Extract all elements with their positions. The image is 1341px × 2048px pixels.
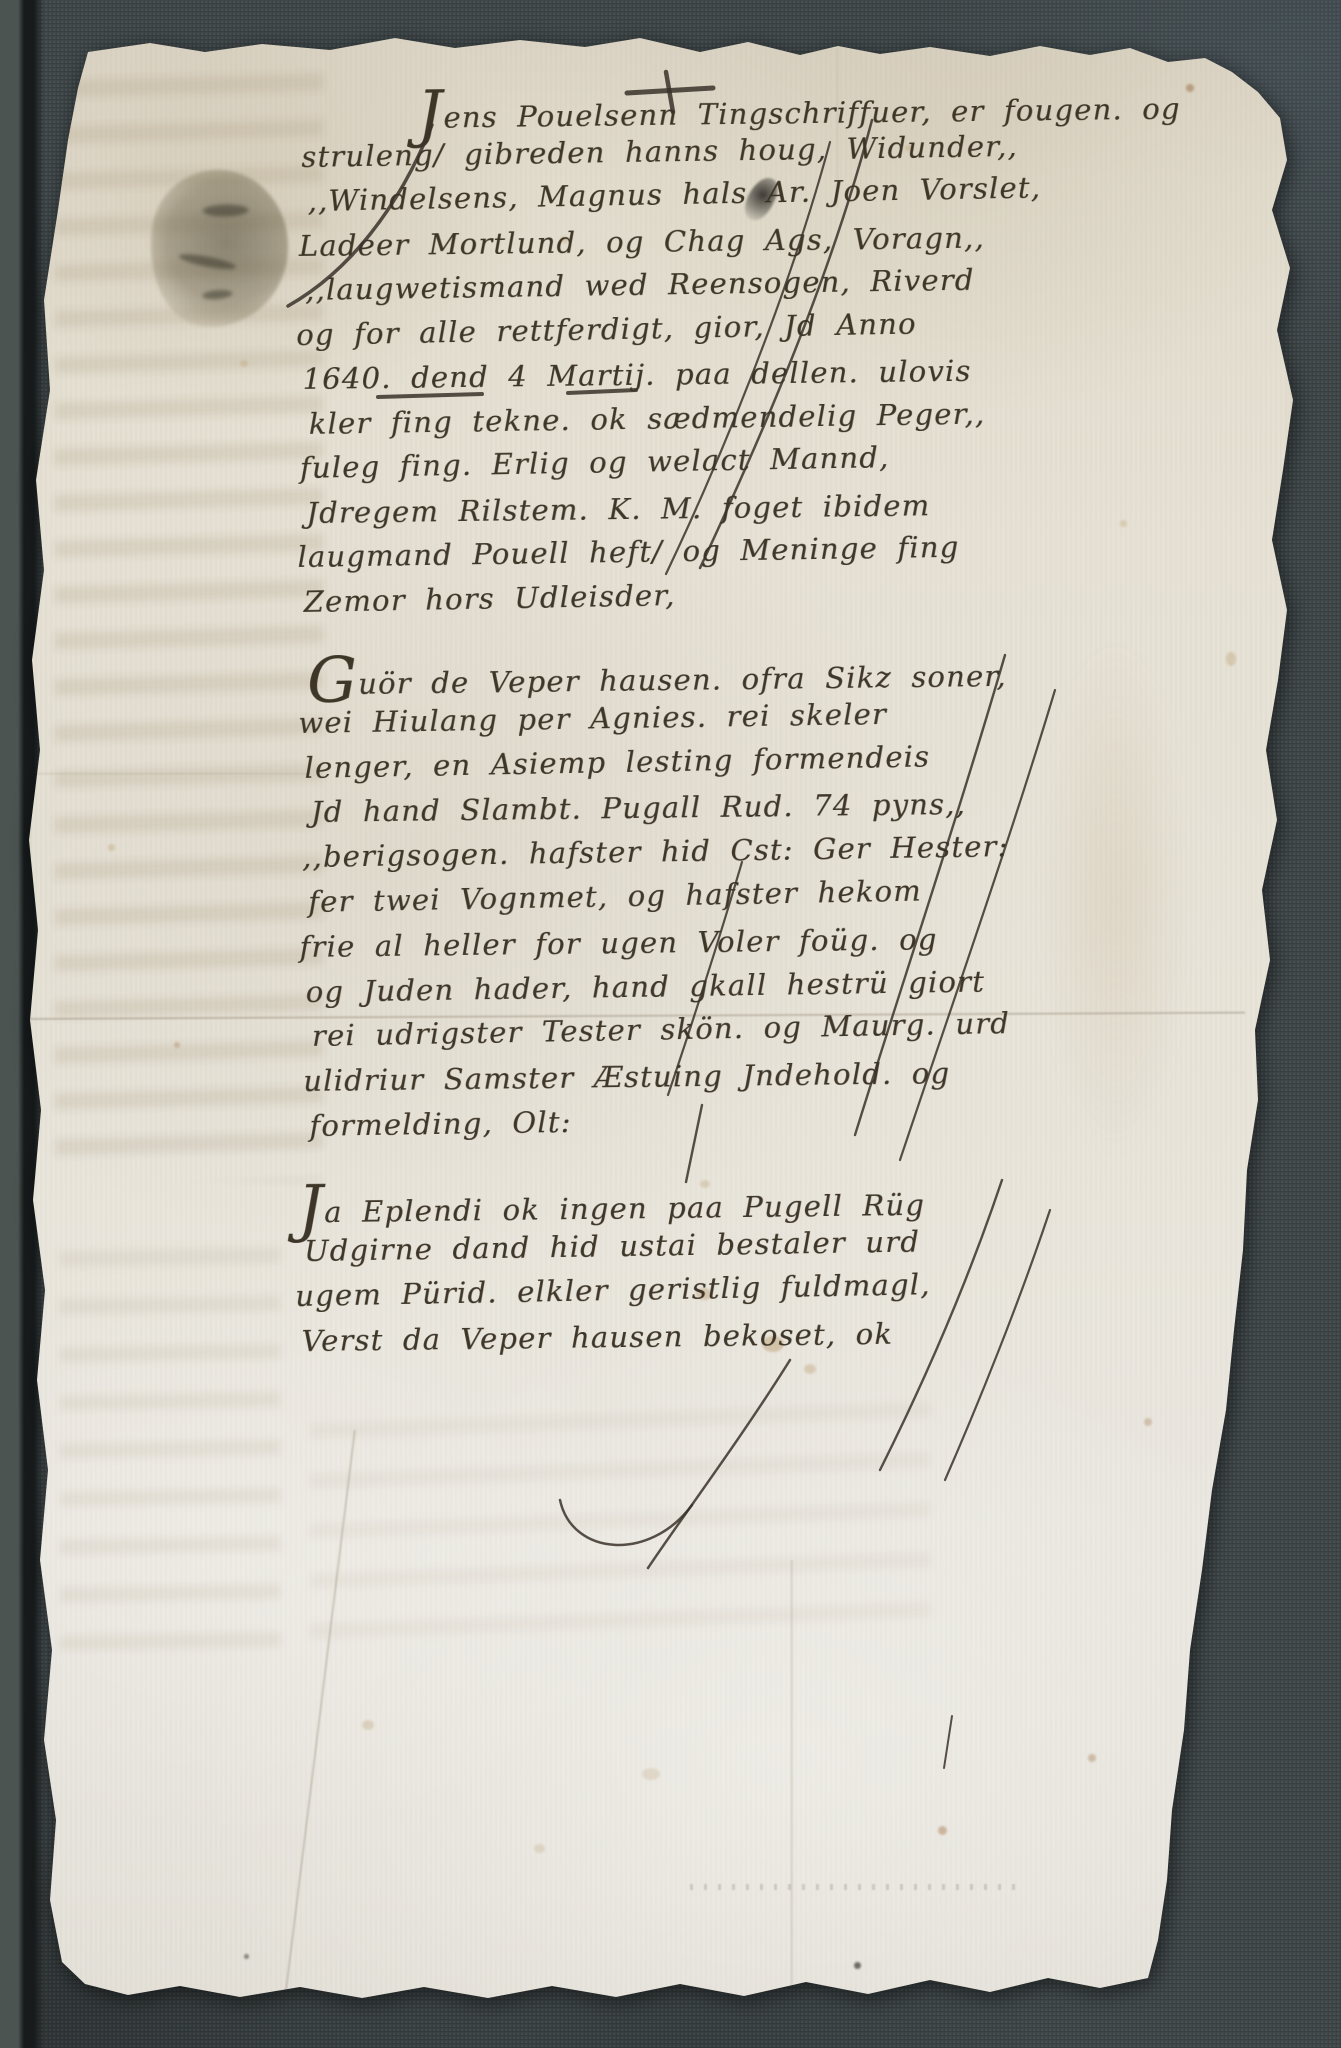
handwritten-line: 1640. dend 4 Martij. paa dellen. ulovis <box>302 357 971 394</box>
manuscript-photo: Jens Pouelsenn Tingschriffuer, er fougen… <box>0 0 1341 2048</box>
handwritten-line: Jens Pouelsenn Tingschriffuer, er fougen… <box>417 88 1181 133</box>
handwritten-line: Ja Eplendi ok ingen paa Pugell Rüg <box>298 1184 926 1227</box>
handwritten-paragraph: Ja Eplendi ok ingen paa Pugell RügUdgirn… <box>0 0 1336 4</box>
handwritten-line: ,,Windelsens, Magnus hals Ar. Joen Vorsl… <box>307 173 1041 216</box>
handwritten-line: Zemor hors Udleisder, <box>303 581 675 617</box>
handwritten-line: kler fing tekne. ok sædmendelig Peger,, <box>308 399 985 438</box>
handwritten-line: ,,berigsogen. hafster hid Cst: Ger Heste… <box>302 832 1009 872</box>
handwritten-line: Udgirne dand hid ustai bestaler urd <box>304 1227 920 1265</box>
handwritten-line: Ladeer Mortlund, og Chag Ags, Voragn,, <box>299 223 985 260</box>
handwritten-paragraph: Guör de Veper hausen. ofra Sikz soner,we… <box>0 0 1336 4</box>
handwritten-line: wei Hiulang per Agnies. rei skeler <box>298 700 887 738</box>
handwritten-paragraph: Jens Pouelsenn Tingschriffuer, er fougen… <box>0 0 1336 4</box>
paper-sheet: Jens Pouelsenn Tingschriffuer, er fougen… <box>0 0 1341 2048</box>
handwritten-line: laugmand Pouell heft/ og Meninge fing <box>297 533 959 572</box>
handwritten-line: lenger, en Asiemp lesting formendeis <box>304 742 930 783</box>
handwritten-line: fuleg fing. Erlig og welact Mannd, <box>300 443 890 483</box>
handwritten-line: Guör de Veper hausen. ofra Sikz soner, <box>307 655 1007 699</box>
handwritten-line: og for alle rettferdigt, gior, Jd Anno <box>296 309 917 349</box>
handwritten-line: frie al heller for ugen Voler foüg. og <box>299 925 937 962</box>
handwritten-line: struleng/ gibreden hanns houg, Widunder,… <box>301 131 1018 171</box>
handwritten-line: ugem Pürid. elkler geristlig fuldmagl, <box>295 1270 931 1311</box>
handwritten-line: Verst da Veper hausen bekoset, ok <box>301 1320 893 1356</box>
handwritten-line: ,,laugwetismand wed Reensogen, Riverd <box>305 266 975 305</box>
handwritten-line: fer twei Vognmet, og hafster hekom <box>308 877 922 917</box>
handwritten-line: rei udrigster Tester skön. og Maurg. urd <box>312 1009 1011 1051</box>
handwritten-line: Jdregem Rilstem. K. M. foget ibidem <box>306 491 930 528</box>
handwritten-line: formelding, Olt: <box>309 1108 572 1141</box>
handwritten-line: og Juden hader, hand gkall hestrü giort <box>305 967 985 1006</box>
paper-sheet-wrap: Jens Pouelsenn Tingschriffuer, er fougen… <box>0 0 1341 2048</box>
handwriting-layer: Jens Pouelsenn Tingschriffuer, er fougen… <box>0 0 1341 2048</box>
handwritten-line: ulidriur Samster Æstuing Jndehold. og <box>303 1059 950 1096</box>
handwritten-line: Jd hand Slambt. Pugall Rud. 74 pyns,, <box>311 790 967 827</box>
